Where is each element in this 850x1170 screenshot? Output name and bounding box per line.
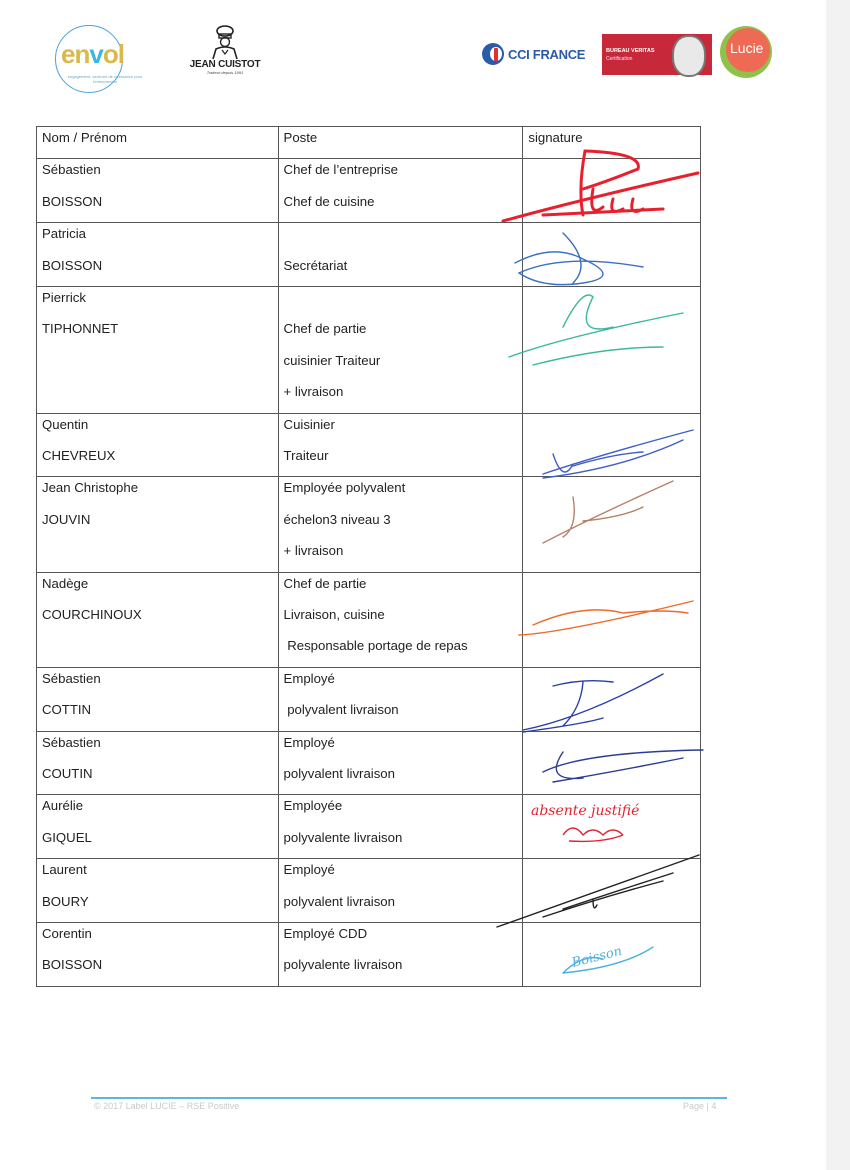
name-cell-line: Sébastien — [42, 668, 278, 699]
handwritten-signature — [523, 287, 695, 413]
column-header: signature — [523, 127, 701, 159]
table-row: SébastienBOISSONChef de l’entrepriseChef… — [37, 159, 701, 223]
name-cell: SébastienBOISSON — [37, 159, 279, 223]
poste-cell-line: Employé — [284, 859, 523, 890]
column-header-label: Nom / Prénom — [42, 127, 278, 158]
signature-cell — [523, 572, 701, 667]
poste-cell-line: Employé CDD — [284, 923, 523, 954]
signature-cell: Boisson — [523, 922, 701, 986]
handwritten-signature — [523, 573, 695, 667]
poste-cell-line: + livraison — [284, 381, 523, 412]
table-row: QuentinCHEVREUXCuisinierTraiteur — [37, 413, 701, 477]
table-row: LaurentBOURYEmployépolyvalent livraison — [37, 859, 701, 923]
name-cell-line: Sébastien — [42, 159, 278, 190]
cci-label: CCI FRANCE — [508, 47, 585, 62]
name-cell-line: BOISSON — [42, 954, 278, 985]
name-cell-line: Sébastien — [42, 732, 278, 763]
name-cell-line: COUTIN — [42, 763, 278, 794]
name-cell-line — [42, 635, 278, 666]
envol-subtitle: engagement, vecteurs de croissance pour … — [59, 74, 151, 84]
poste-cell-line: polyvalent livraison — [284, 763, 523, 794]
name-cell-line: Aurélie — [42, 795, 278, 826]
poste-cell-line: Chef de cuisine — [284, 191, 523, 222]
name-cell: SébastienCOTTIN — [37, 667, 279, 731]
name-cell-line: Jean Christophe — [42, 477, 278, 508]
lucie-logo: Lucie — [720, 26, 784, 80]
poste-cell-line: Livraison, cuisine — [284, 604, 523, 635]
poste-cell-line: Cuisinier — [284, 414, 523, 445]
poste-cell-line: polyvalente livraison — [284, 954, 523, 985]
bv-seal-icon — [672, 35, 706, 77]
signature-cell: absente justifié — [523, 795, 701, 859]
poste-cell: Employéepolyvalente livraison — [278, 795, 523, 859]
signature-cell — [523, 223, 701, 287]
name-cell-line: COURCHINOUX — [42, 604, 278, 635]
name-cell-line: GIQUEL — [42, 827, 278, 858]
name-cell-line: BOURY — [42, 891, 278, 922]
name-cell-line: BOISSON — [42, 255, 278, 286]
signature-cell — [523, 667, 701, 731]
name-cell-line: COTTIN — [42, 699, 278, 730]
poste-cell-line — [284, 223, 523, 254]
scan-edge — [826, 0, 850, 1170]
name-cell-line: Quentin — [42, 414, 278, 445]
name-cell-line — [42, 381, 278, 412]
signature-cell — [523, 286, 701, 413]
poste-cell: Employépolyvalent livraison — [278, 859, 523, 923]
poste-cell-line: Responsable portage de repas — [284, 635, 523, 666]
name-cell-line: Laurent — [42, 859, 278, 890]
name-cell-line — [42, 540, 278, 571]
envol-wordmark: envol — [61, 39, 124, 70]
footer-copyright: © 2017 Label LUCIE – RSE Positive — [94, 1101, 239, 1111]
footer-divider — [91, 1097, 727, 1099]
handwritten-signature: Boisson — [523, 923, 695, 986]
column-header: Nom / Prénom — [37, 127, 279, 159]
poste-cell: Employé polyvalent livraison — [278, 667, 523, 731]
name-cell: LaurentBOURY — [37, 859, 279, 923]
poste-cell-line: Traiteur — [284, 445, 523, 476]
poste-cell: Employée polyvalentéchelon3 niveau 3+ li… — [278, 477, 523, 572]
handwritten-signature — [523, 414, 695, 477]
poste-cell: Chef de partieLivraison, cuisine Respons… — [278, 572, 523, 667]
poste-cell-line: polyvalent livraison — [284, 699, 523, 730]
handwritten-signature — [523, 223, 695, 286]
poste-cell-line: Employé — [284, 668, 523, 699]
handwritten-signature — [523, 668, 695, 731]
signature-table: Nom / PrénomPostesignatureSébastienBOISS… — [36, 126, 701, 987]
bureau-veritas-logo: BUREAU VERITAS Certification — [602, 34, 712, 75]
cci-france-logo: CCI FRANCE — [482, 40, 585, 68]
table-row: Jean ChristopheJOUVINEmployée polyvalent… — [37, 477, 701, 572]
bv-title: BUREAU VERITAS — [606, 48, 655, 54]
envol-logo: envol engagement, vecteurs de croissance… — [55, 25, 145, 93]
handwritten-signature: absente justifié — [523, 795, 695, 858]
table-row: SébastienCOUTINEmployépolyvalent livrais… — [37, 731, 701, 795]
column-header-label: signature — [528, 127, 700, 158]
jean-cuistot-logo: JEAN CUISTOT Traiteur depuis 1991 — [185, 25, 265, 85]
name-cell: SébastienCOUTIN — [37, 731, 279, 795]
name-cell-line: Pierrick — [42, 287, 278, 318]
lucie-label: Lucie — [730, 40, 763, 56]
poste-cell-line: Employée polyvalent — [284, 477, 523, 508]
cci-icon — [482, 43, 504, 65]
signature-cell — [523, 477, 701, 572]
table-row: NadègeCOURCHINOUXChef de partieLivraison… — [37, 572, 701, 667]
footer-page-number: Page | 4 — [683, 1101, 716, 1111]
column-header: Poste — [278, 127, 523, 159]
jean-cuistot-tagline: Traiteur depuis 1991 — [185, 70, 265, 75]
table-row: AurélieGIQUELEmployéepolyvalente livrais… — [37, 795, 701, 859]
name-cell-line: TIPHONNET — [42, 318, 278, 349]
poste-cell: CuisinierTraiteur — [278, 413, 523, 477]
name-cell-line: CHEVREUX — [42, 445, 278, 476]
name-cell-line: Corentin — [42, 923, 278, 954]
poste-cell: Employé CDDpolyvalente livraison — [278, 922, 523, 986]
poste-cell-line: Employé — [284, 732, 523, 763]
signature-cell — [523, 731, 701, 795]
svg-text:absente justifié: absente justifié — [531, 803, 639, 819]
name-cell: QuentinCHEVREUX — [37, 413, 279, 477]
signature-cell — [523, 859, 701, 923]
handwritten-signature — [523, 477, 695, 571]
poste-cell: Employépolyvalent livraison — [278, 731, 523, 795]
poste-cell-line: Secrétariat — [284, 255, 523, 286]
table-row: PatriciaBOISSONSecrétariat — [37, 223, 701, 287]
table-row: PierrickTIPHONNETChef de partiecuisinier… — [37, 286, 701, 413]
name-cell-line: Nadège — [42, 573, 278, 604]
poste-cell: Chef de l’entrepriseChef de cuisine — [278, 159, 523, 223]
name-cell: PatriciaBOISSON — [37, 223, 279, 287]
jean-cuistot-name: JEAN CUISTOT — [185, 59, 265, 70]
poste-cell: Secrétariat — [278, 223, 523, 287]
poste-cell-line: cuisinier Traiteur — [284, 350, 523, 381]
poste-cell-line: polyvalente livraison — [284, 827, 523, 858]
signature-cell — [523, 159, 701, 223]
name-cell-line — [42, 350, 278, 381]
svg-text:Boisson: Boisson — [570, 944, 624, 971]
name-cell: CorentinBOISSON — [37, 922, 279, 986]
table-row: SébastienCOTTINEmployé polyvalent livrai… — [37, 667, 701, 731]
handwritten-signature — [523, 732, 695, 795]
name-cell-line: Patricia — [42, 223, 278, 254]
poste-cell-line: Chef de partie — [284, 573, 523, 604]
name-cell: Jean ChristopheJOUVIN — [37, 477, 279, 572]
poste-cell-line: Chef de l’entreprise — [284, 159, 523, 190]
poste-cell-line: polyvalent livraison — [284, 891, 523, 922]
name-cell: PierrickTIPHONNET — [37, 286, 279, 413]
poste-cell-line: + livraison — [284, 540, 523, 571]
poste-cell-line: Chef de partie — [284, 318, 523, 349]
table-header-row: Nom / PrénomPostesignature — [37, 127, 701, 159]
signature-cell — [523, 413, 701, 477]
poste-cell-line: Employée — [284, 795, 523, 826]
name-cell: NadègeCOURCHINOUX — [37, 572, 279, 667]
checkmark-icon: v — [89, 39, 102, 69]
bv-subtitle: Certification — [606, 56, 632, 62]
name-cell-line: JOUVIN — [42, 509, 278, 540]
chef-icon — [205, 25, 245, 61]
poste-cell-line — [284, 287, 523, 318]
handwritten-signature — [523, 159, 695, 222]
column-header-label: Poste — [284, 127, 523, 158]
poste-cell-line: échelon3 niveau 3 — [284, 509, 523, 540]
name-cell: AurélieGIQUEL — [37, 795, 279, 859]
table-row: CorentinBOISSONEmployé CDDpolyvalente li… — [37, 922, 701, 986]
handwritten-signature — [523, 859, 695, 922]
name-cell-line: BOISSON — [42, 191, 278, 222]
poste-cell: Chef de partiecuisinier Traiteur+ livrai… — [278, 286, 523, 413]
